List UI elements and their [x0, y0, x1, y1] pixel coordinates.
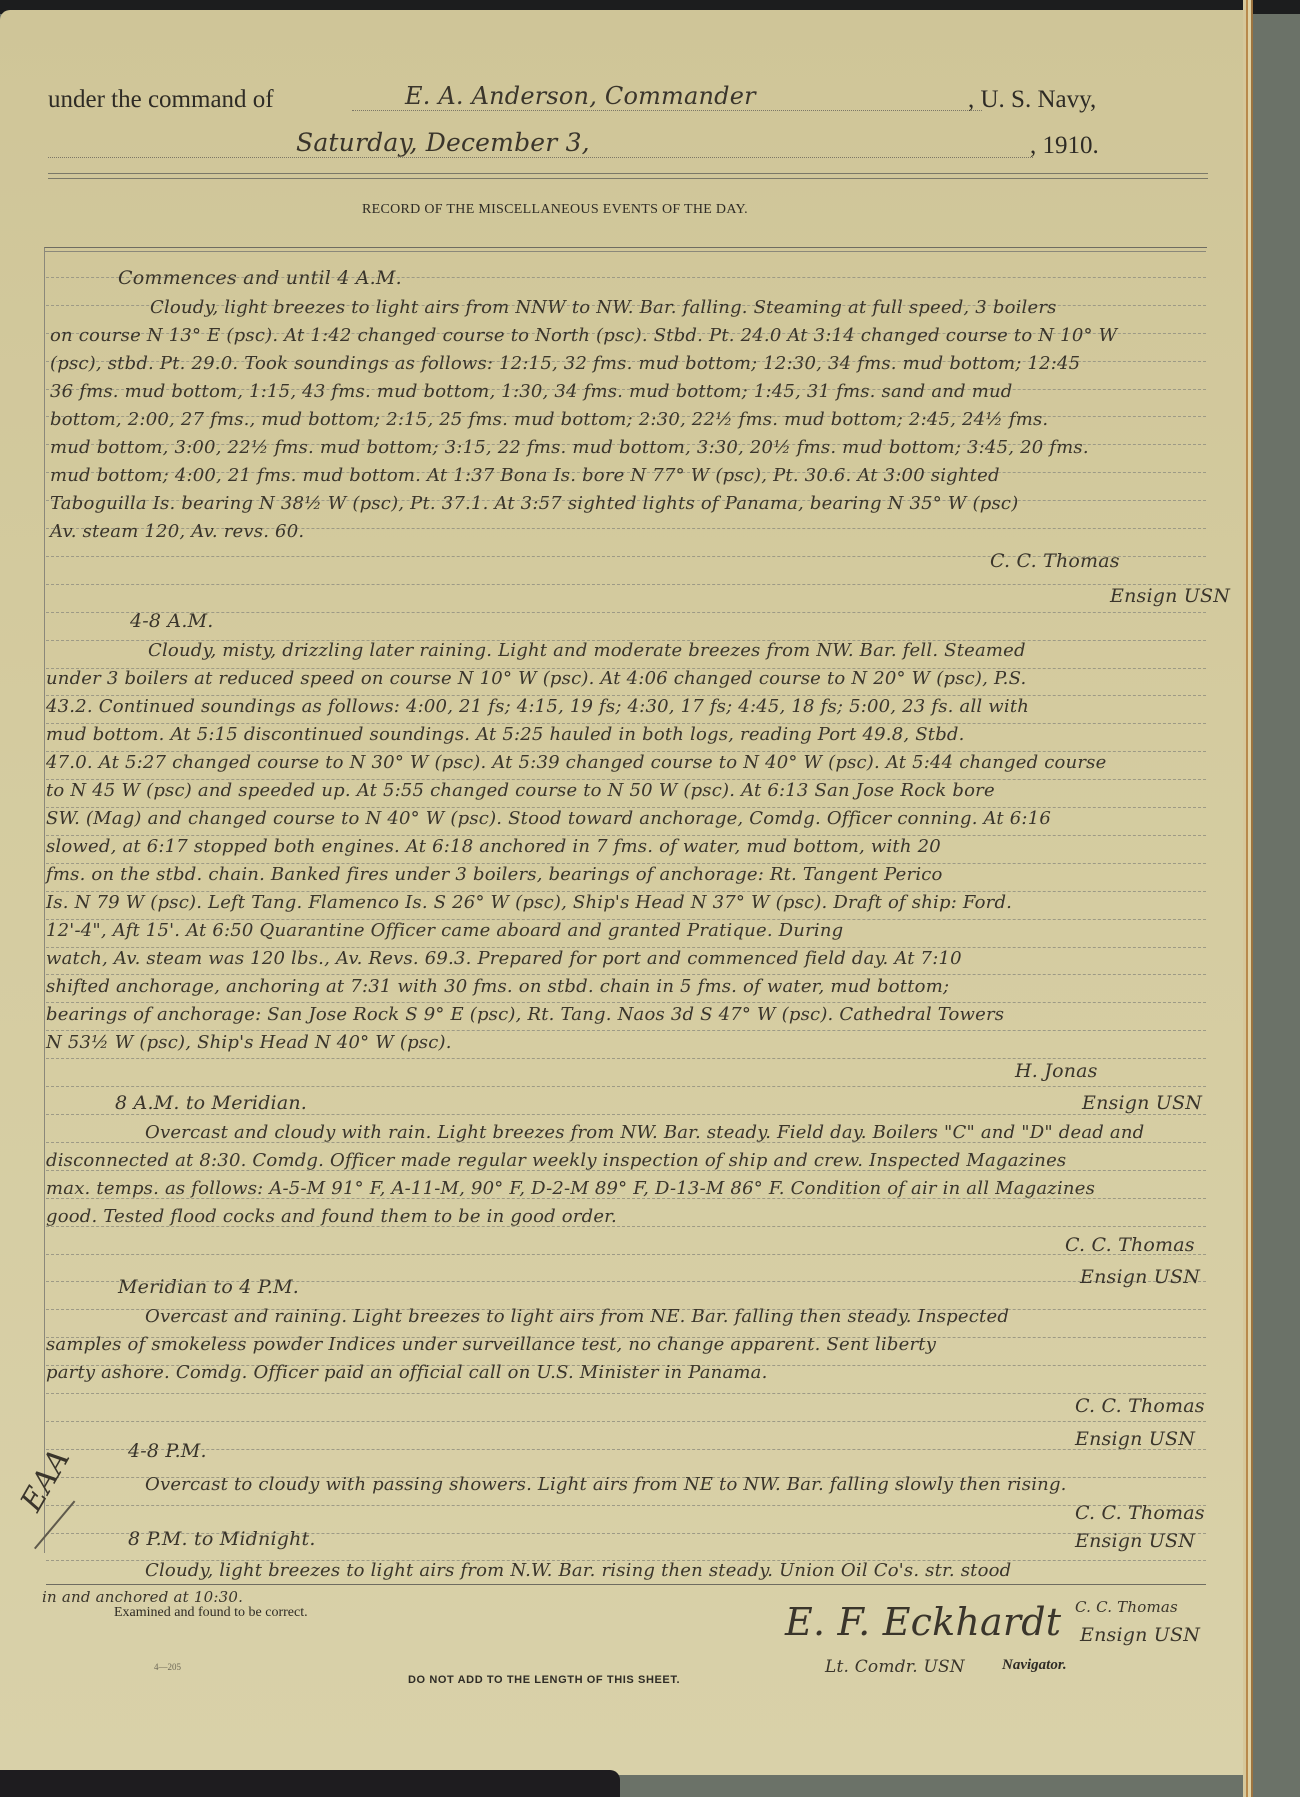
entry-line: mud bottom, 3:00, 22½ fms. mud bottom; 3… — [50, 437, 1089, 458]
officer-rank: Ensign USN — [1080, 1266, 1200, 1288]
officer-rank: Ensign USN — [1075, 1428, 1195, 1450]
entry-line: SW. (Mag) and changed course to N 40° W … — [46, 808, 1051, 829]
watch-title: Commences and until 4 A.M. — [118, 267, 402, 289]
entry-line: samples of smokeless powder Indices unde… — [46, 1334, 936, 1355]
log-date: Saturday, December 3, — [296, 128, 590, 157]
watch-title: Meridian to 4 P.M. — [118, 1276, 299, 1298]
navigator-label: Navigator. — [1002, 1657, 1067, 1674]
ruled-line — [46, 1058, 1206, 1059]
ruled-line — [46, 974, 1206, 975]
officer-signature: C. C. Thomas — [1065, 1234, 1195, 1256]
log-sheet: under the command of E. A. Anderson, Com… — [0, 10, 1243, 1775]
entry-line: bottom, 2:00, 27 fms., mud bottom; 2:15,… — [50, 409, 1048, 430]
entry-line: 12'-4", Aft 15'. At 6:50 Quarantine Offi… — [46, 920, 843, 941]
entry-line: (psc), stbd. Pt. 29.0. Took soundings as… — [50, 353, 1080, 374]
entry-line: Cloudy, misty, drizzling later raining. … — [148, 640, 1026, 661]
events-box-inner-rule — [44, 251, 1206, 252]
form-number: 4—205 — [154, 1662, 181, 1672]
entry-line: good. Tested flood cocks and found them … — [46, 1206, 617, 1227]
sheet-edge — [1243, 0, 1253, 1797]
ruled-line — [46, 1421, 1206, 1422]
ruled-line — [46, 612, 1206, 613]
watch-title: 4-8 P.M. — [128, 1440, 207, 1462]
entry-line: on course N 13° E (psc). At 1:42 changed… — [50, 325, 1117, 346]
officer-rank: Ensign USN — [1082, 1092, 1202, 1114]
examined-label: Examined and found to be correct. — [114, 1605, 308, 1621]
entry-line: party ashore. Comdg. Officer paid an off… — [46, 1362, 768, 1383]
entry-line: mud bottom; 4:00, 21 fms. mud bottom. At… — [50, 465, 1000, 486]
entry-line: watch, Av. steam was 120 lbs., Av. Revs.… — [46, 948, 962, 969]
year-label: , 1910. — [1030, 132, 1099, 160]
entry-line: Av. steam 120, Av. revs. 60. — [50, 521, 304, 542]
entry-line: max. temps. as follows: A-5-M 91° F, A-1… — [46, 1178, 1095, 1199]
officer-rank: Ensign USN — [1110, 585, 1230, 607]
entry-line: to N 45 W (psc) and speeded up. At 5:55 … — [46, 780, 995, 801]
entry-line: Is. N 79 W (psc). Left Tang. Flamenco Is… — [46, 892, 1012, 913]
ruled-line — [46, 1086, 1206, 1087]
entry-line: fms. on the stbd. chain. Banked fires un… — [46, 864, 943, 885]
ruled-line — [46, 1254, 1206, 1255]
command-label: under the command of — [48, 86, 274, 114]
entry-line: shifted anchorage, anchoring at 7:31 wit… — [46, 976, 949, 997]
commander-name: E. A. Anderson, Commander — [405, 82, 756, 110]
section-title: RECORD OF THE MISCELLANEOUS EVENTS OF TH… — [362, 202, 748, 218]
officer-rank: Ensign USN — [1075, 1530, 1195, 1552]
box-bottom-rule — [46, 1584, 1206, 1585]
officer-rank: Ensign USN — [1080, 1624, 1200, 1646]
bottom-shadow — [0, 1770, 620, 1797]
ruled-line — [46, 1449, 1206, 1450]
ruled-line — [46, 584, 1206, 585]
entry-line: Cloudy, light breezes to light airs from… — [145, 1560, 1011, 1581]
sheet-notice: DO NOT ADD TO THE LENGTH OF THIS SHEET. — [408, 1674, 680, 1686]
navigator-signature: E. F. Eckhardt — [785, 1600, 1061, 1644]
watch-title: 4-8 A.M. — [130, 610, 214, 632]
entry-line: Taboguilla Is. bearing N 38½ W (psc), Pt… — [50, 493, 1018, 514]
entry-line: in and anchored at 10:30. — [42, 1588, 243, 1606]
entry-line: 36 fms. mud bottom, 1:15, 43 fms. mud bo… — [50, 381, 1012, 402]
entry-line: Cloudy, light breezes to light airs from… — [150, 297, 1057, 318]
ruled-line — [46, 1393, 1206, 1394]
entry-line: N 53½ W (psc), Ship's Head N 40° W (psc)… — [46, 1032, 452, 1053]
navy-label: , U. S. Navy, — [968, 86, 1096, 114]
commander-line — [352, 110, 982, 111]
navigator-rank: Lt. Comdr. USN — [825, 1657, 965, 1677]
entry-line: Overcast and raining. Light breezes to l… — [145, 1306, 1009, 1327]
date-line — [48, 157, 1033, 158]
entry-line: Overcast and cloudy with rain. Light bre… — [145, 1122, 1144, 1143]
officer-signature: C. C. Thomas — [1075, 1395, 1205, 1417]
entry-line: 47.0. At 5:27 changed course to N 30° W … — [46, 752, 1106, 773]
ruled-line — [46, 1030, 1206, 1031]
entry-line: 43.2. Continued soundings as follows: 4:… — [46, 696, 1029, 717]
officer-signature: H. Jonas — [1015, 1060, 1098, 1082]
officer-signature: C. C. Thomas — [1075, 1598, 1178, 1616]
officer-signature: C. C. Thomas — [1075, 1502, 1205, 1524]
header-divider — [48, 173, 1208, 179]
ruled-line — [46, 1114, 1206, 1115]
entry-line: slowed, at 6:17 stopped both engines. At… — [46, 836, 941, 857]
entry-line: under 3 boilers at reduced speed on cour… — [46, 668, 1026, 689]
entry-line: Overcast to cloudy with passing showers.… — [145, 1474, 1067, 1495]
entry-line: disconnected at 8:30. Comdg. Officer mad… — [46, 1150, 1066, 1171]
watch-title: 8 P.M. to Midnight. — [128, 1528, 316, 1550]
entry-line: bearings of anchorage: San Jose Rock S 9… — [46, 1004, 1004, 1025]
ruled-line — [46, 1505, 1206, 1506]
entry-line: mud bottom. At 5:15 discontinued soundin… — [46, 724, 965, 745]
ruled-line — [46, 1002, 1206, 1003]
officer-signature: C. C. Thomas — [990, 550, 1120, 572]
watch-title: 8 A.M. to Meridian. — [115, 1092, 307, 1114]
